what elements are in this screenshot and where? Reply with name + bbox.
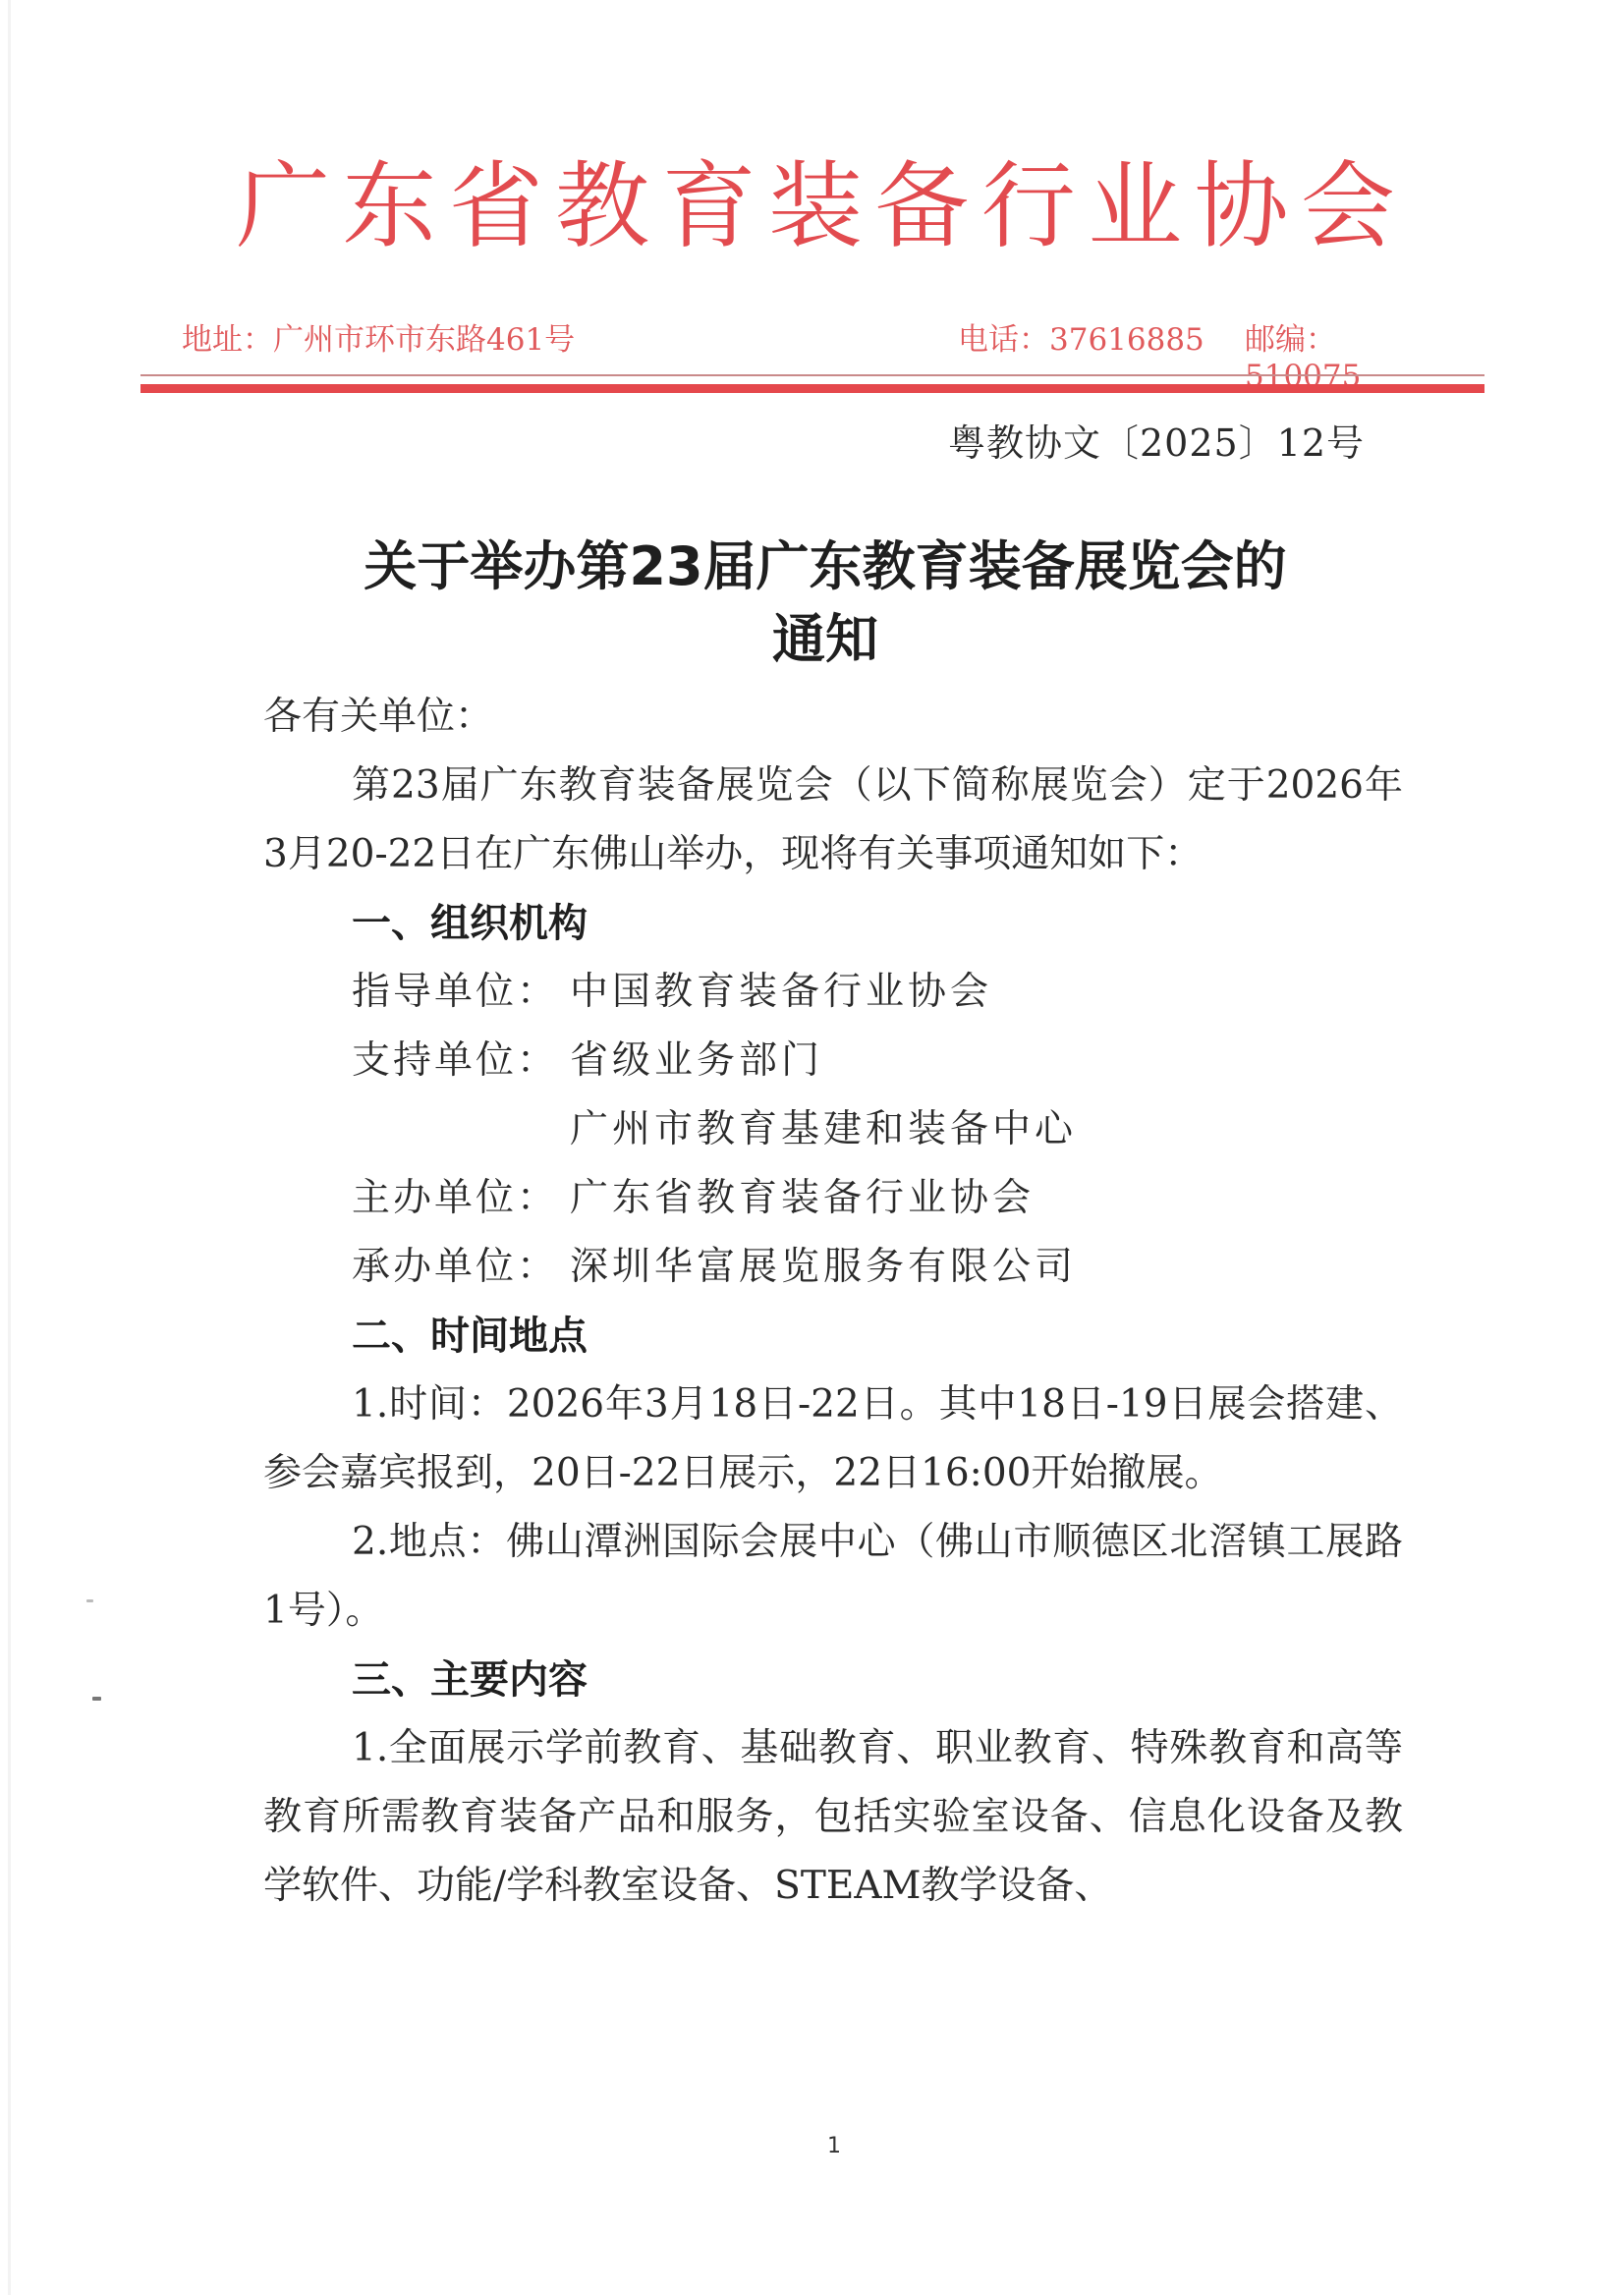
letterhead-contact-row: 地址：广州市环市东路461号 电话：37616885 邮编：510075	[182, 314, 1439, 364]
scan-speck	[92, 1697, 101, 1701]
org-unit-value: 广州市教育基建和装备中心	[570, 1095, 1077, 1164]
org-unit-host: 主办单位： 广东省教育装备行业协会	[263, 1164, 1403, 1233]
intro-paragraph: 第23届广东教育装备展览会（以下简称展览会）定于2026年3月20-22日在广东…	[263, 752, 1403, 889]
org-name-char: 教	[555, 152, 649, 260]
org-name-char: 行	[981, 152, 1076, 260]
org-unit-label: 主办单位：	[352, 1164, 570, 1233]
document-title: 关于举办第23届广东教育装备展览会的 通知	[246, 531, 1405, 676]
org-unit-organizer: 承办单位： 深圳华富展览服务有限公司	[263, 1233, 1403, 1302]
letterhead-phone: 电话：37616885	[958, 314, 1204, 359]
org-name-char: 会	[1301, 152, 1395, 260]
section-heading-time-place: 二、时间地点	[263, 1302, 1403, 1371]
org-unit-guiding: 指导单位： 中国教育装备行业协会	[263, 958, 1403, 1027]
letterhead-org-name: 广 东 省 教 育 装 备 行 业 协 会	[236, 152, 1395, 260]
org-unit-value: 中国教育装备行业协会	[570, 958, 992, 1027]
place-paragraph: 2.地点：佛山潭洲国际会展中心（佛山市顺德区北滘镇工展路1号）。	[263, 1508, 1403, 1646]
letterhead-divider-thick	[140, 384, 1484, 393]
org-name-char: 协	[1195, 152, 1289, 260]
document-title-line-1: 关于举办第23届广东教育装备展览会的	[246, 531, 1405, 603]
scan-edge-shadow	[8, 0, 11, 2295]
org-unit-supporting-continued: 广州市教育基建和装备中心	[263, 1095, 1403, 1164]
org-unit-label: 承办单位：	[352, 1233, 570, 1302]
letterhead-postal-code: 邮编：510075	[1245, 314, 1439, 394]
section-heading-organization: 一、组织机构	[263, 889, 1403, 958]
section-heading-main-content: 三、主要内容	[263, 1646, 1403, 1714]
org-unit-value: 深圳华富展览服务有限公司	[570, 1233, 1077, 1302]
document-body: 各有关单位： 第23届广东教育装备展览会（以下简称展览会）定于2026年3月20…	[263, 683, 1403, 1921]
time-paragraph: 1.时间：2026年3月18日-22日。其中18日-19日展会搭建、参会嘉宾报到…	[263, 1371, 1403, 1508]
document-number: 粤教协文〔2025〕12号	[948, 413, 1365, 467]
org-name-char: 装	[768, 152, 863, 260]
org-name-char: 省	[449, 152, 543, 260]
org-unit-supporting: 支持单位： 省级业务部门	[263, 1027, 1403, 1095]
salutation: 各有关单位：	[263, 683, 1403, 752]
document-title-line-2: 通知	[246, 603, 1405, 676]
letterhead-divider-thin	[140, 374, 1484, 376]
scan-speck	[86, 1599, 93, 1602]
org-unit-label: 指导单位：	[352, 958, 570, 1027]
org-name-char: 东	[342, 152, 436, 260]
org-unit-label: 支持单位：	[352, 1027, 570, 1095]
org-name-char: 广	[236, 152, 330, 260]
org-unit-value: 广东省教育装备行业协会	[570, 1164, 1035, 1233]
org-name-char: 备	[874, 152, 969, 260]
org-unit-value: 省级业务部门	[570, 1027, 823, 1095]
page-number: 1	[827, 2134, 841, 2158]
main-content-paragraph: 1.全面展示学前教育、基础教育、职业教育、特殊教育和高等教育所需教育装备产品和服…	[263, 1714, 1403, 1921]
org-name-char: 育	[662, 152, 756, 260]
letterhead-address: 地址：广州市环市东路461号	[182, 314, 575, 359]
org-name-char: 业	[1088, 152, 1182, 260]
